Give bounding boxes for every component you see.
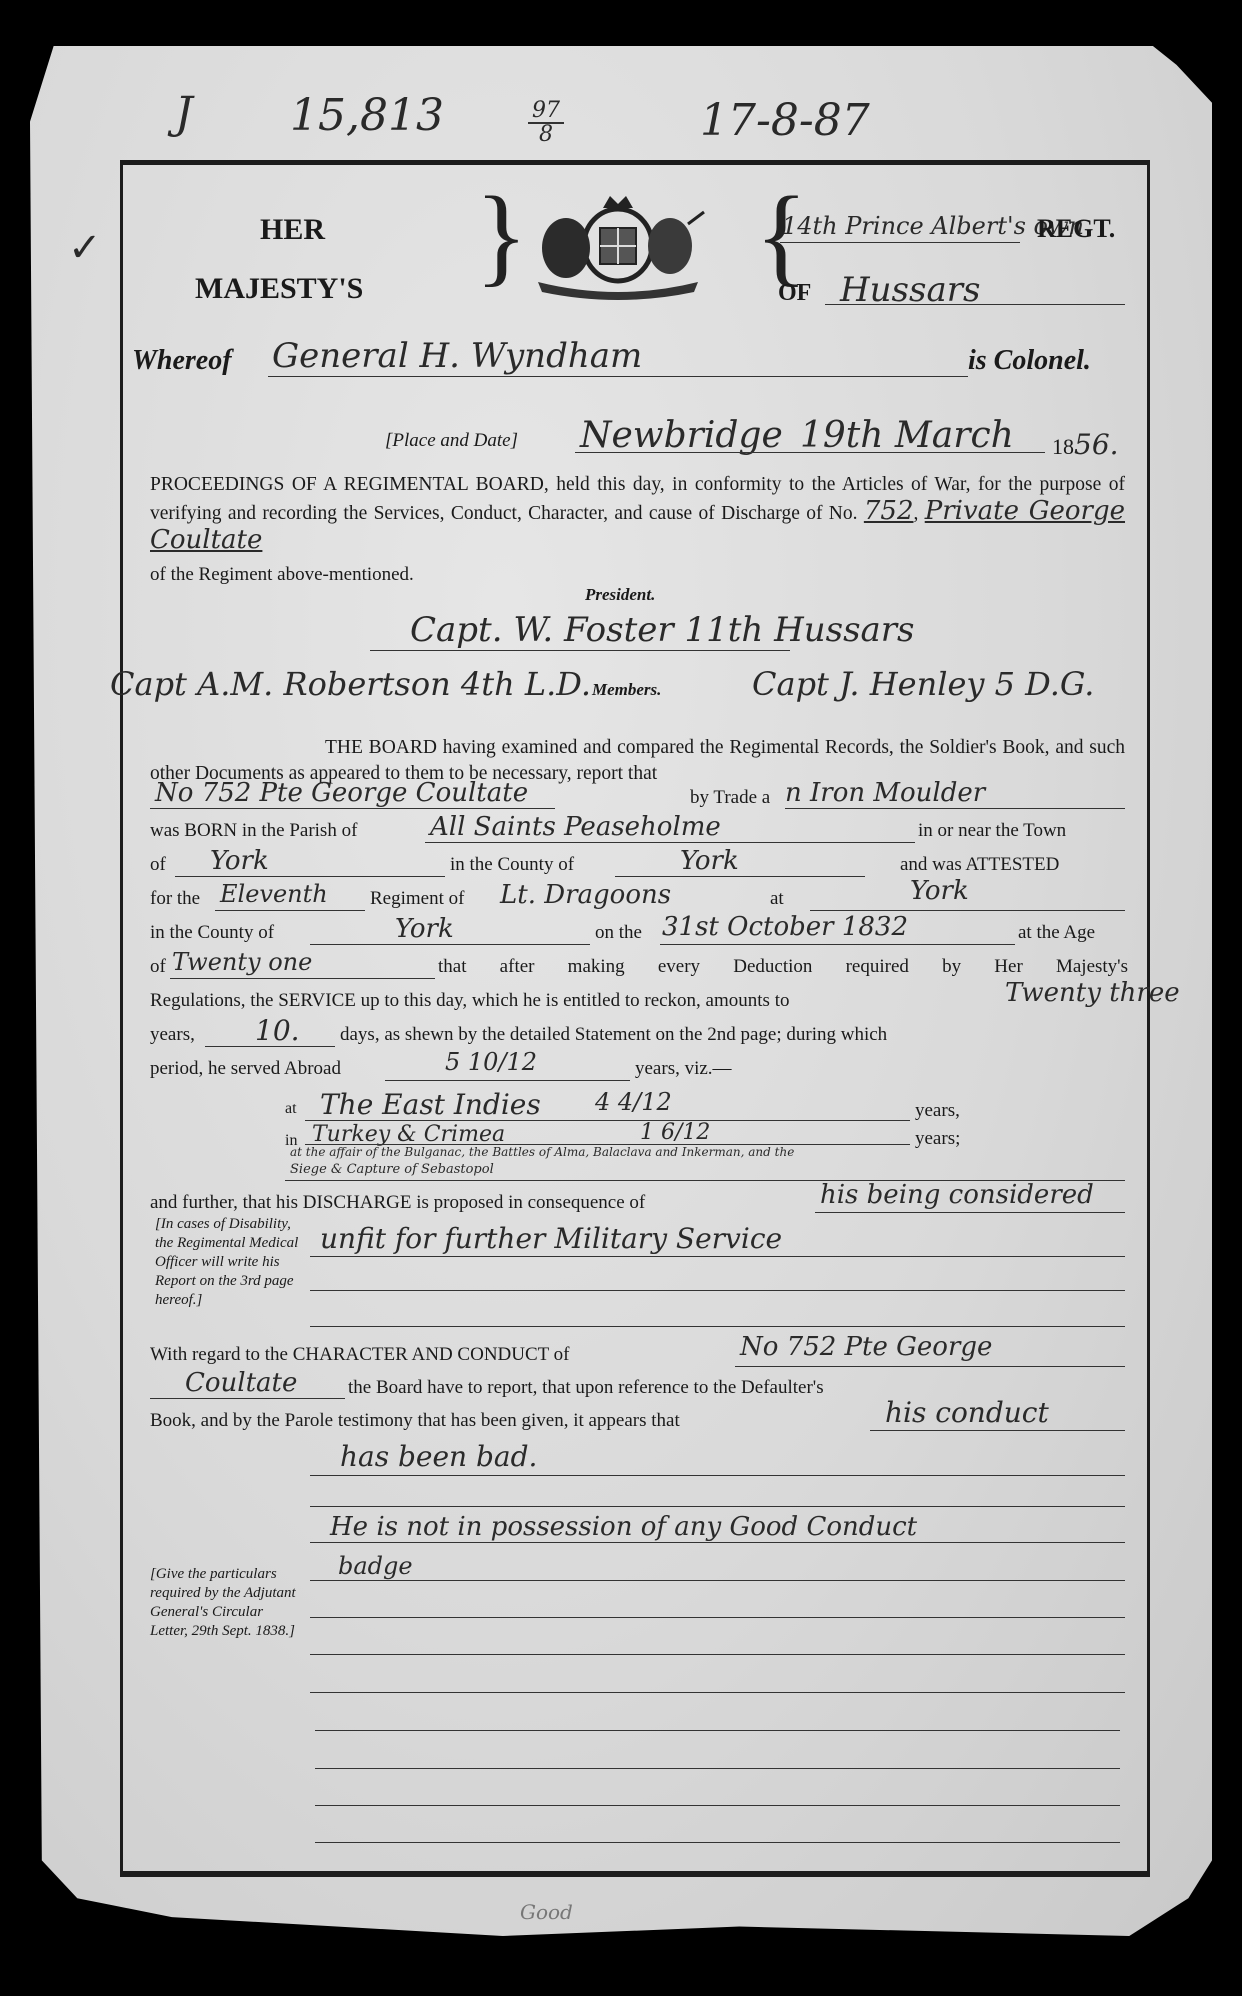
pencil-note: Good — [520, 1900, 573, 1924]
actions-line-1: at the affair of the Bulganac, the Battl… — [290, 1145, 794, 1159]
abroad-years: 5 10/12 — [445, 1048, 537, 1076]
regiment-of-label: Regiment of — [370, 886, 464, 912]
member-right: Capt J. Henley 5 D.G. — [752, 665, 1094, 703]
conduct-line-2: has been bad. — [340, 1440, 537, 1473]
report-soldier-line — [150, 808, 555, 809]
annotation-fraction: 97 8 — [528, 100, 564, 146]
discharge-margin-note: [In cases of Disability, the Regimental … — [155, 1215, 300, 1310]
service-years: Twenty three — [1005, 978, 1180, 1008]
viz-text: years, viz.— — [635, 1056, 732, 1082]
character-margin-note: [Give the particulars required by the Ad… — [150, 1565, 300, 1641]
regiment-type-line — [825, 304, 1125, 305]
actions-line-2: Siege & Capture of Sebastopol — [290, 1162, 494, 1177]
days-text: days, as shewn by the detailed Statement… — [340, 1022, 887, 1048]
badge-line-2: badge — [338, 1552, 413, 1580]
date: 19th March — [800, 415, 1014, 456]
fraction-denominator: 8 — [528, 124, 564, 146]
members-label: Members. — [592, 680, 661, 700]
years1-label: years, — [915, 1098, 960, 1124]
of-label: OF — [778, 280, 811, 307]
badge-underline-2 — [310, 1580, 1125, 1581]
character-intro-text: With regard to the CHARACTER AND CONDUCT… — [150, 1344, 570, 1365]
years-label: years, — [150, 1022, 195, 1048]
blank-line-7 — [315, 1842, 1120, 1843]
abroad-text: period, he served Abroad — [150, 1056, 341, 1082]
attest-date: 31st October 1832 — [662, 912, 908, 942]
age-of-label: of — [150, 954, 166, 980]
soldier-number: 752 — [864, 496, 914, 526]
colonel-line — [268, 376, 968, 377]
regiment-number: Eleventh — [220, 880, 328, 908]
town-line — [175, 876, 445, 877]
conduct-underline-2 — [310, 1475, 1125, 1476]
blank-line-2 — [310, 1654, 1125, 1655]
annotation-number: 15,813 — [290, 90, 444, 141]
discharge-reason-1: his being considered — [820, 1180, 1094, 1210]
parish-line — [425, 842, 915, 843]
discharge-intro: and further, that his DISCHARGE is propo… — [150, 1190, 645, 1216]
trade: n Iron Moulder — [785, 778, 985, 808]
book-text: Book, and by the Parole testimony that h… — [150, 1408, 680, 1434]
discharge-line-4 — [310, 1326, 1125, 1327]
conduct-line-1: his conduct — [885, 1396, 1049, 1429]
character-soldier-1: No 752 Pte George — [740, 1332, 992, 1362]
discharge-line-2 — [310, 1256, 1125, 1257]
badge-line-1: He is not in possession of any Good Cond… — [330, 1512, 917, 1542]
year-print: 18 — [1052, 434, 1074, 459]
town-label: in or near the Town — [918, 818, 1066, 844]
colonel-name: General H. Wyndham — [272, 336, 642, 376]
year: 1856. — [1052, 428, 1119, 461]
attest-county: York — [395, 914, 454, 944]
county: York — [680, 846, 739, 876]
for-the-label: for the — [150, 886, 200, 912]
place-date-line — [575, 452, 1045, 453]
board-intro-text: THE BOARD having examined and compared t… — [150, 737, 1125, 784]
town-of-label: of — [150, 852, 166, 878]
is-colonel-label: is Colonel. — [968, 345, 1091, 377]
discharge-reason-2: unfit for further Military Service — [320, 1222, 782, 1255]
character-soldier-line-1 — [735, 1366, 1125, 1367]
conduct-underline-3 — [310, 1506, 1125, 1507]
attest-place: York — [910, 876, 969, 906]
born-label: was BORN in the Parish of — [150, 818, 357, 844]
abroad-years-line — [385, 1080, 630, 1081]
check-mark: ✓ — [68, 225, 102, 271]
board-report-text: the Board have to report, that upon refe… — [348, 1375, 824, 1401]
blank-line-6 — [315, 1805, 1120, 1806]
trade-line — [785, 808, 1125, 809]
years2-label: years; — [915, 1126, 960, 1152]
header-her: HER — [260, 213, 325, 247]
member-left: Capt A.M. Robertson 4th L.D. — [110, 665, 591, 703]
county-label-2: in the County of — [150, 920, 274, 946]
county-line — [615, 876, 865, 877]
parish: All Saints Peaseholme — [430, 812, 721, 842]
place1: The East Indies — [320, 1088, 541, 1121]
regiment-line — [780, 242, 1020, 243]
age-label: at the Age — [1018, 920, 1095, 946]
report-soldier: No 752 Pte George Coultate — [155, 778, 528, 808]
at-label-2: at — [285, 1096, 297, 1122]
year-hand: 56. — [1074, 428, 1119, 461]
proceedings-text: PROCEEDINGS OF A REGIMENTAL BOARD, held … — [150, 472, 1125, 556]
blank-line-1 — [310, 1617, 1125, 1618]
age-line — [170, 978, 435, 979]
annotation-mark: J — [175, 88, 193, 139]
deduction-text: that after making every Deduction requir… — [438, 954, 1128, 980]
blank-line-3 — [310, 1692, 1125, 1693]
reg-label: REGT. — [1037, 214, 1115, 244]
regiment-number-line — [215, 910, 365, 911]
whereof-label: Whereof — [132, 345, 232, 377]
badge-underline-1 — [310, 1542, 1125, 1543]
fraction-numerator: 97 — [528, 100, 564, 124]
annotation-date: 17-8-87 — [700, 95, 870, 146]
character-soldier-line-2 — [150, 1398, 345, 1399]
character-soldier-2: Coultate — [185, 1368, 297, 1398]
attested-label: and was ATTESTED — [900, 852, 1059, 878]
header-majestys: MAJESTY'S — [195, 272, 363, 306]
on-the-label: on the — [595, 920, 642, 946]
conduct-underline-1 — [870, 1430, 1125, 1431]
left-brace: } — [475, 180, 528, 290]
place: Newbridge — [580, 415, 783, 456]
regiment-above: of the Regiment above-mentioned. — [150, 562, 414, 588]
president-name: Capt. W. Foster 11th Hussars — [410, 610, 915, 650]
place1-line — [305, 1120, 910, 1121]
attest-county-line — [310, 944, 590, 945]
blank-line-4 — [315, 1730, 1120, 1731]
place1-years: 4 4/12 — [595, 1088, 672, 1116]
regulations-text: Regulations, the SERVICE up to this day,… — [150, 988, 789, 1014]
blank-line-5 — [315, 1768, 1120, 1769]
age: Twenty one — [172, 948, 312, 976]
attest-place-line — [810, 910, 1125, 911]
days: 10. — [255, 1014, 300, 1047]
town: York — [210, 846, 269, 876]
regiment-kind: Lt. Dragoons — [500, 880, 671, 910]
discharge-reason-line-1 — [815, 1212, 1125, 1213]
president-line — [370, 650, 790, 651]
at-label: at — [770, 886, 784, 912]
place-date-label: [Place and Date] — [385, 430, 518, 452]
attest-date-line — [660, 944, 1015, 945]
trade-label: by Trade a — [690, 785, 770, 811]
royal-coat-of-arms-icon — [528, 190, 708, 300]
county-label: in the County of — [450, 852, 574, 878]
days-line — [205, 1046, 335, 1047]
place2-years: 1 6/12 — [640, 1120, 710, 1145]
discharge-line-3 — [310, 1290, 1125, 1291]
character-intro: With regard to the CHARACTER AND CONDUCT… — [150, 1342, 570, 1368]
president-label: President. — [585, 585, 655, 605]
